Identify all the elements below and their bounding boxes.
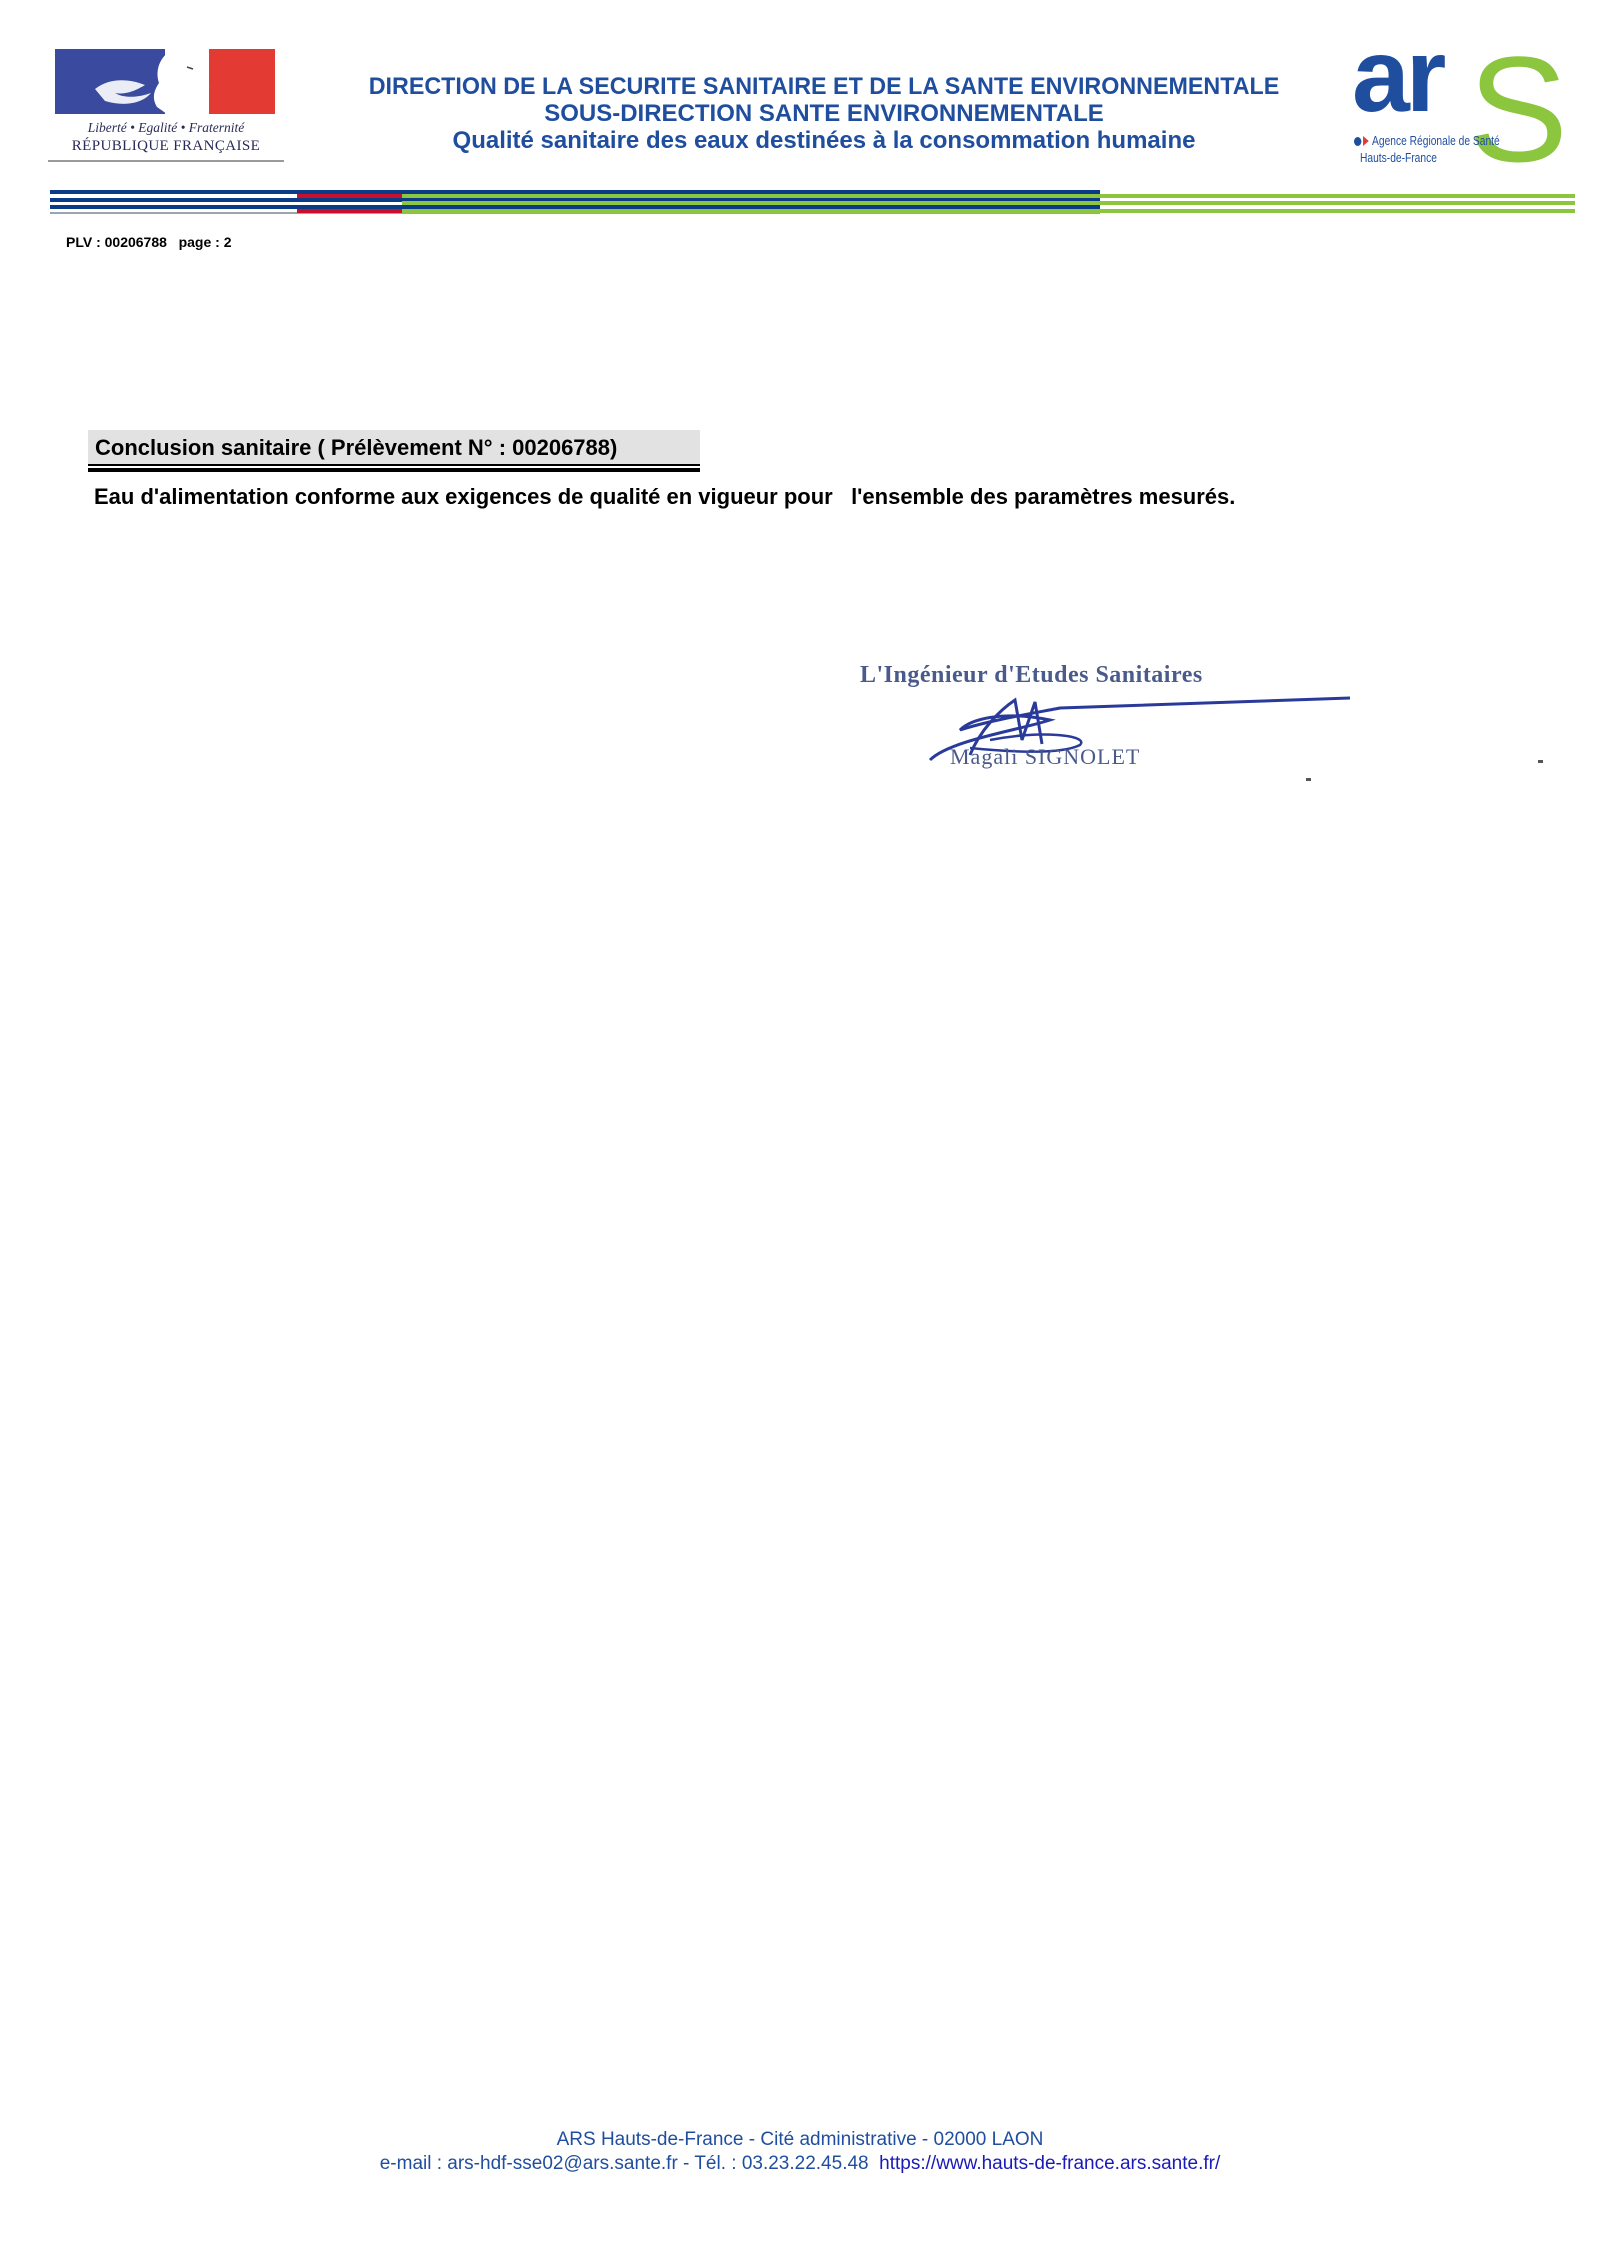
blue-dot-icon xyxy=(1354,137,1361,146)
plv-page-reference: PLV : 00206788 page : 2 xyxy=(66,234,232,250)
heading-rule-thick xyxy=(88,468,700,472)
document-subject: Qualité sanitaire des eaux destinées à l… xyxy=(286,127,1362,155)
scan-speck xyxy=(1306,778,1311,781)
republic-motto: Liberté • Egalité • Fraternité xyxy=(48,120,284,136)
signatory-name: Magali SIGNOLET xyxy=(950,744,1140,770)
conclusion-heading-text: Conclusion sanitaire ( Prélèvement N° : … xyxy=(95,435,617,461)
republique-francaise-logo: Liberté • Egalité • Fraternité RÉPUBLIQU… xyxy=(48,46,284,164)
republic-name: RÉPUBLIQUE FRANÇAISE xyxy=(48,138,284,155)
ars-region-label: Hauts-de-France xyxy=(1360,151,1437,165)
sous-direction-title: SOUS-DIRECTION SANTE ENVIRONNEMENTALE xyxy=(286,100,1362,127)
header-titles: DIRECTION DE LA SECURITE SANITAIRE ET DE… xyxy=(286,73,1362,155)
footer-website-link[interactable]: https://www.hauts-de-france.ars.sante.fr… xyxy=(879,2153,1220,2174)
scan-speck xyxy=(1538,760,1543,763)
red-chevron-icon xyxy=(1363,136,1369,146)
conclusion-statement: Eau d'alimentation conforme aux exigence… xyxy=(94,484,1235,510)
ars-wordmark-s: S xyxy=(1468,34,1568,184)
heading-rule-thin xyxy=(88,464,700,466)
footer-contact: e-mail : ars-hdf-sse02@ars.sante.fr - Té… xyxy=(0,2152,1600,2176)
header-stripes xyxy=(50,190,1575,214)
signature-block: L'Ingénieur d'Etudes Sanitaires Magali S… xyxy=(850,660,1570,790)
footer-email-phone: e-mail : ars-hdf-sse02@ars.sante.fr - Té… xyxy=(380,2153,869,2174)
logo-underline xyxy=(48,160,284,162)
footer-address: ARS Hauts-de-France - Cité administrativ… xyxy=(0,2128,1600,2152)
conclusion-heading: Conclusion sanitaire ( Prélèvement N° : … xyxy=(88,430,700,464)
tricolor-flag-icon xyxy=(55,49,275,114)
ars-agency-label: Agence Régionale de Santé xyxy=(1354,134,1500,148)
ars-logo: ar S Agence Régionale de Santé Hauts-de-… xyxy=(1340,58,1580,188)
direction-title: DIRECTION DE LA SECURITE SANITAIRE ET DE… xyxy=(302,73,1346,100)
ars-wordmark-ar: ar xyxy=(1352,24,1442,128)
handwritten-signature-icon xyxy=(850,660,1570,790)
page-footer: ARS Hauts-de-France - Cité administrativ… xyxy=(0,2128,1600,2176)
